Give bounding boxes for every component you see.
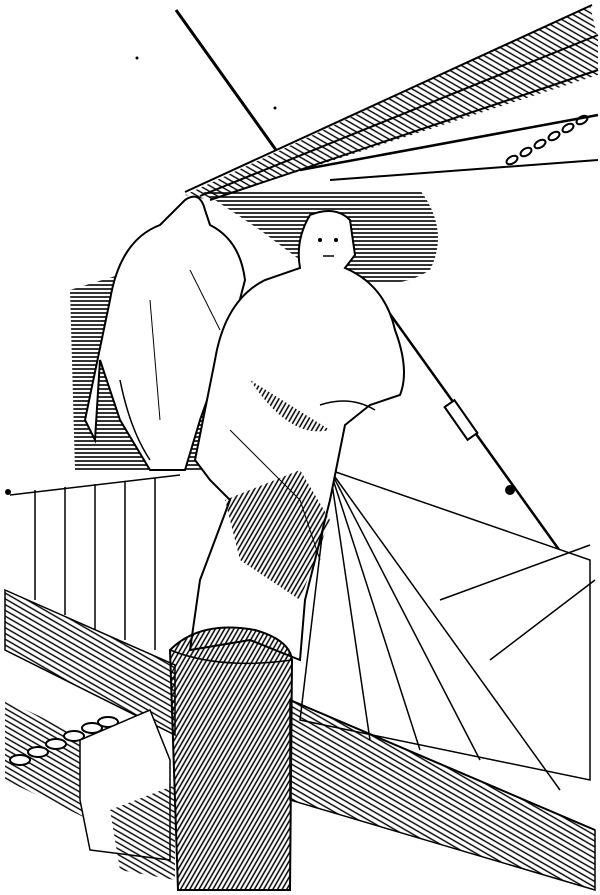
wooden-bollard xyxy=(170,628,292,891)
stay-line xyxy=(176,10,276,150)
bowsprit xyxy=(185,5,598,200)
anchor-chain xyxy=(505,114,589,166)
deck-block xyxy=(80,710,175,880)
ship-bow-illustration xyxy=(0,0,600,895)
